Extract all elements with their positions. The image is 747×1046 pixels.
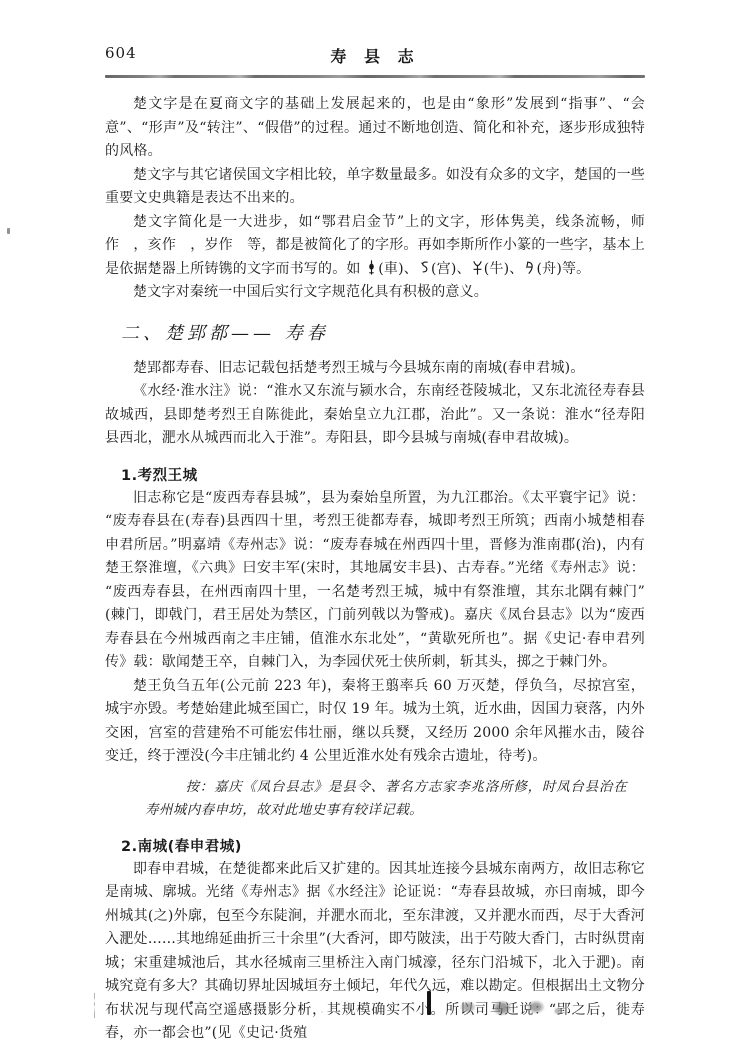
paragraph-chu-script-simplification: 楚文字简化是一大进步，如“鄂君启金节”上的文字，形体隽美，线条流畅，师作 ，亥作… <box>105 211 645 282</box>
zhou-label: (舟)等。 <box>536 261 590 277</box>
book-title: 寿 县 志 <box>330 44 419 67</box>
subsection-heading-south-city: 2.南城(春申君城) <box>121 835 645 856</box>
paragraph-chu-script-significance: 楚文字对秦统一中国后实行文字规范化具有积极的意义。 <box>105 281 645 305</box>
text-column: 604 寿 县 志 楚文字是在夏商文字的基础上发展起来的，也是由“象形”发展到“… <box>0 0 747 1046</box>
scan-artifact-left-tick <box>94 993 95 1018</box>
paragraph-shuijing-citation: 《水经·淮水注》说：“淮水又东流与颍水合，东南经苍陵城北，又东北流径寿春县故城西… <box>105 380 645 451</box>
scan-artifact-footer-smudge <box>450 995 568 1019</box>
page-body: 楚文字是在夏商文字的基础上发展起来的，也是由“象形”发展到“指事”、“会意”、“… <box>105 93 645 1046</box>
page-header: 604 寿 县 志 <box>105 44 645 68</box>
page-container: 604 寿 县 志 楚文字是在夏商文字的基础上发展起来的，也是由“象形”发展到“… <box>0 0 747 1046</box>
paragraph-kaolie-city-records: 旧志称它是“废西寿春县城”，县为秦始皇所置，为九江郡治。《太平寰宇记》说：“废寿… <box>105 487 645 675</box>
scan-artifact-ink-dot <box>190 1001 193 1004</box>
paragraph-shouchun-overview: 楚郢都寿春、旧志记载包括楚考烈王城与今县城东南的南城(春申君城)。 <box>105 357 645 381</box>
seal-script-niu-icon <box>472 260 483 275</box>
note-fengtai-annals: 按：嘉庆《凤台县志》是县令、著名方志家李兆洛所修，时凤台县治在寿州城内春申坊，故… <box>145 776 627 822</box>
paragraph-chu-script-quantity: 楚文字与其它诸侯国文字相比较，单字数量最多。如没有众多的文字，楚国的一些重要文史… <box>105 164 645 211</box>
seal-script-che-icon <box>366 260 377 275</box>
paragraph-chu-script-origin: 楚文字是在夏商文字的基础上发展起来的，也是由“象形”发展到“指事”、“会意”、“… <box>105 93 645 164</box>
niu-label: (牛)、 <box>484 261 524 277</box>
paragraph-kaolie-city-destruction: 楚王负刍五年(公元前 223 年)，秦将王翦率兵 60 万灭楚，俘负刍，尽掠宫室… <box>105 675 645 769</box>
scan-artifact-margin-mark <box>7 228 10 234</box>
scan-artifact-footer-bar <box>427 991 431 1015</box>
subsection-heading-kaolie-city: 1.考烈王城 <box>121 464 645 485</box>
gong-label: (宫)、 <box>431 261 471 277</box>
che-label: (車)、 <box>378 261 418 277</box>
seal-script-zhou-icon <box>524 260 535 275</box>
section-heading-chu-capital: 二、楚郢都—— 寿春 <box>121 319 645 345</box>
header-divider <box>105 75 645 78</box>
seal-script-gong-icon <box>419 260 430 275</box>
page-number: 604 <box>105 44 137 62</box>
scan-artifact-specks <box>292 1006 422 1014</box>
